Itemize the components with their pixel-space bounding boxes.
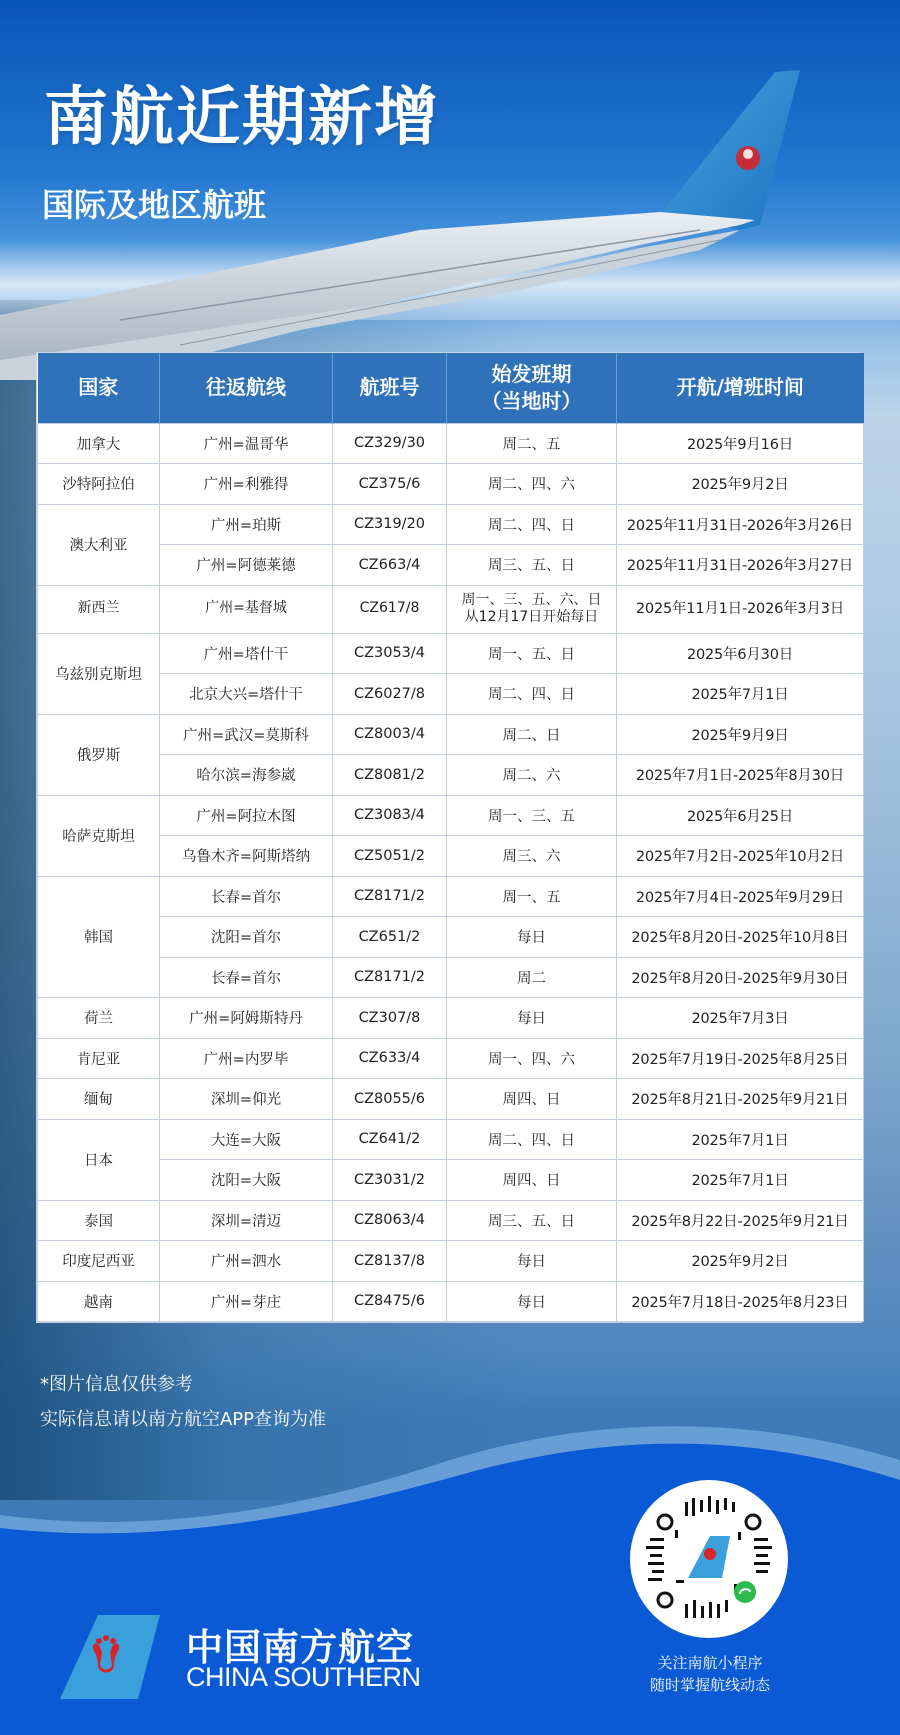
date-cell: 2025年7月1日 bbox=[617, 1160, 864, 1201]
flight-cell: CZ8171/2 bbox=[333, 957, 447, 998]
table-row: 广州=阿德莱德 CZ663/4 周三、五、日 2025年11月31日-2026年… bbox=[38, 545, 864, 586]
table-row: 俄罗斯 广州=武汉=莫斯科 CZ8003/4 周二、日 2025年9月9日 bbox=[38, 714, 864, 755]
route-cell: 深圳=清迈 bbox=[160, 1200, 333, 1241]
table-header-row: 国家 往返航线 航班号 始发班期 （当地时） 开航/增班时间 bbox=[38, 353, 864, 423]
route-cell: 乌鲁木齐=阿斯塔纳 bbox=[160, 836, 333, 877]
days-cell: 周一、五、日 bbox=[447, 633, 617, 674]
flight-cell: CZ5051/2 bbox=[333, 836, 447, 877]
flight-cell: CZ3083/4 bbox=[333, 795, 447, 836]
disclaimer-note: *图片信息仅供参考 bbox=[40, 1370, 193, 1396]
flight-cell: CZ651/2 bbox=[333, 917, 447, 958]
country-cell: 泰国 bbox=[38, 1200, 160, 1241]
days-cell: 周二、四、日 bbox=[447, 674, 617, 715]
flight-cell: CZ329/30 bbox=[333, 423, 447, 464]
country-cell: 缅甸 bbox=[38, 1079, 160, 1120]
days-cell: 周四、日 bbox=[447, 1160, 617, 1201]
brand-name-english: CHINA SOUTHERN bbox=[186, 1662, 421, 1693]
date-cell: 2025年7月1日 bbox=[617, 1119, 864, 1160]
flight-cell: CZ8063/4 bbox=[333, 1200, 447, 1241]
flight-cell: CZ307/8 bbox=[333, 998, 447, 1039]
days-cell: 周二 bbox=[447, 957, 617, 998]
date-cell: 2025年9月16日 bbox=[617, 423, 864, 464]
table-row: 越南 广州=芽庄 CZ8475/6 每日 2025年7月18日-2025年8月2… bbox=[38, 1281, 864, 1322]
flight-cell: CZ319/20 bbox=[333, 504, 447, 545]
days-cell: 周三、五、日 bbox=[447, 1200, 617, 1241]
days-cell: 周一、三、五、六、日 从12月17日开始每日 bbox=[447, 585, 617, 633]
country-cell: 加拿大 bbox=[38, 423, 160, 464]
days-cell: 周二、四、日 bbox=[447, 504, 617, 545]
date-cell: 2025年11月31日-2026年3月26日 bbox=[617, 504, 864, 545]
route-cell: 广州=塔什干 bbox=[160, 633, 333, 674]
route-cell: 沈阳=首尔 bbox=[160, 917, 333, 958]
route-cell: 广州=温哥华 bbox=[160, 423, 333, 464]
route-cell: 哈尔滨=海参崴 bbox=[160, 755, 333, 796]
date-cell: 2025年6月25日 bbox=[617, 795, 864, 836]
date-cell: 2025年9月9日 bbox=[617, 714, 864, 755]
table-row: 加拿大 广州=温哥华 CZ329/30 周二、五 2025年9月16日 bbox=[38, 423, 864, 464]
flight-cell: CZ663/4 bbox=[333, 545, 447, 586]
flight-cell: CZ8475/6 bbox=[333, 1281, 447, 1322]
table-row: 澳大利亚 广州=珀斯 CZ319/20 周二、四、日 2025年11月31日-2… bbox=[38, 504, 864, 545]
route-cell: 广州=内罗毕 bbox=[160, 1038, 333, 1079]
route-cell: 沈阳=大阪 bbox=[160, 1160, 333, 1201]
table-row: 泰国 深圳=清迈 CZ8063/4 周三、五、日 2025年8月22日-2025… bbox=[38, 1200, 864, 1241]
date-cell: 2025年7月18日-2025年8月23日 bbox=[617, 1281, 864, 1322]
schedule-header-line2: （当地时） bbox=[447, 388, 616, 415]
route-cell: 广州=利雅得 bbox=[160, 464, 333, 505]
schedule-header-line1: 始发班期 bbox=[447, 361, 616, 388]
route-cell: 北京大兴=塔什干 bbox=[160, 674, 333, 715]
days-cell: 周二、四、日 bbox=[447, 1119, 617, 1160]
flight-cell: CZ8003/4 bbox=[333, 714, 447, 755]
country-cell: 韩国 bbox=[38, 876, 160, 998]
country-cell: 沙特阿拉伯 bbox=[38, 464, 160, 505]
route-cell: 广州=泗水 bbox=[160, 1241, 333, 1282]
table-row: 肯尼亚 广州=内罗毕 CZ633/4 周一、四、六 2025年7月19日-202… bbox=[38, 1038, 864, 1079]
flight-cell: CZ3031/2 bbox=[333, 1160, 447, 1201]
date-cell: 2025年11月1日-2026年3月3日 bbox=[617, 585, 864, 633]
qr-caption-updates: 随时掌握航线动态 bbox=[600, 1674, 820, 1695]
date-cell: 2025年9月2日 bbox=[617, 464, 864, 505]
page-subtitle: 国际及地区航班 bbox=[42, 180, 266, 226]
route-cell: 大连=大阪 bbox=[160, 1119, 333, 1160]
qr-caption-follow: 关注南航小程序 bbox=[600, 1652, 820, 1673]
table-row: 缅甸 深圳=仰光 CZ8055/6 周四、日 2025年8月21日-2025年9… bbox=[38, 1079, 864, 1120]
table-row: 荷兰 广州=阿姆斯特丹 CZ307/8 每日 2025年7月3日 bbox=[38, 998, 864, 1039]
table-row: 沈阳=大阪 CZ3031/2 周四、日 2025年7月1日 bbox=[38, 1160, 864, 1201]
flight-cell: CZ6027/8 bbox=[333, 674, 447, 715]
column-header-country: 国家 bbox=[38, 353, 160, 423]
date-cell: 2025年8月20日-2025年10月8日 bbox=[617, 917, 864, 958]
date-cell: 2025年8月22日-2025年9月21日 bbox=[617, 1200, 864, 1241]
column-header-flight-number: 航班号 bbox=[333, 353, 447, 423]
table-row: 长春=首尔 CZ8171/2 周二 2025年8月20日-2025年9月30日 bbox=[38, 957, 864, 998]
days-cell: 每日 bbox=[447, 917, 617, 958]
table-row: 北京大兴=塔什干 CZ6027/8 周二、四、日 2025年7月1日 bbox=[38, 674, 864, 715]
date-cell: 2025年7月4日-2025年9月29日 bbox=[617, 876, 864, 917]
days-cell: 周四、日 bbox=[447, 1079, 617, 1120]
route-cell: 广州=基督城 bbox=[160, 585, 333, 633]
date-cell: 2025年8月20日-2025年9月30日 bbox=[617, 957, 864, 998]
days-cell: 周一、四、六 bbox=[447, 1038, 617, 1079]
flight-cell: CZ8055/6 bbox=[333, 1079, 447, 1120]
date-cell: 2025年11月31日-2026年3月27日 bbox=[617, 545, 864, 586]
route-cell: 广州=芽庄 bbox=[160, 1281, 333, 1322]
days-line2: 从12月17日开始每日 bbox=[449, 609, 614, 627]
flight-cell: CZ8171/2 bbox=[333, 876, 447, 917]
table-row: 新西兰 广州=基督城 CZ617/8 周一、三、五、六、日 从12月17日开始每… bbox=[38, 585, 864, 633]
date-cell: 2025年9月2日 bbox=[617, 1241, 864, 1282]
mini-program-qr-code[interactable] bbox=[630, 1480, 788, 1638]
country-cell: 哈萨克斯坦 bbox=[38, 795, 160, 876]
days-cell: 周三、五、日 bbox=[447, 545, 617, 586]
country-cell: 俄罗斯 bbox=[38, 714, 160, 795]
date-cell: 2025年8月21日-2025年9月21日 bbox=[617, 1079, 864, 1120]
days-cell: 周二、六 bbox=[447, 755, 617, 796]
route-cell: 广州=阿姆斯特丹 bbox=[160, 998, 333, 1039]
route-cell: 广州=阿拉木图 bbox=[160, 795, 333, 836]
country-cell: 乌兹别克斯坦 bbox=[38, 633, 160, 714]
country-cell: 澳大利亚 bbox=[38, 504, 160, 585]
route-cell: 广州=珀斯 bbox=[160, 504, 333, 545]
table-row: 沈阳=首尔 CZ651/2 每日 2025年8月20日-2025年10月8日 bbox=[38, 917, 864, 958]
column-header-schedule: 始发班期 （当地时） bbox=[447, 353, 617, 423]
route-cell: 长春=首尔 bbox=[160, 876, 333, 917]
table-row: 哈萨克斯坦 广州=阿拉木图 CZ3083/4 周一、三、五 2025年6月25日 bbox=[38, 795, 864, 836]
country-cell: 肯尼亚 bbox=[38, 1038, 160, 1079]
qr-code-pattern-icon bbox=[630, 1480, 788, 1638]
days-cell: 周二、四、六 bbox=[447, 464, 617, 505]
date-cell: 2025年7月19日-2025年8月25日 bbox=[617, 1038, 864, 1079]
table-row: 韩国 长春=首尔 CZ8171/2 周一、五 2025年7月4日-2025年9月… bbox=[38, 876, 864, 917]
page-title: 南航近期新增 bbox=[44, 66, 440, 158]
days-cell: 周二、日 bbox=[447, 714, 617, 755]
days-cell: 每日 bbox=[447, 998, 617, 1039]
country-cell: 荷兰 bbox=[38, 998, 160, 1039]
flight-cell: CZ633/4 bbox=[333, 1038, 447, 1079]
route-cell: 广州=阿德莱德 bbox=[160, 545, 333, 586]
country-cell: 印度尼西亚 bbox=[38, 1241, 160, 1282]
days-cell: 周一、三、五 bbox=[447, 795, 617, 836]
table-row: 日本 大连=大阪 CZ641/2 周二、四、日 2025年7月1日 bbox=[38, 1119, 864, 1160]
flight-cell: CZ3053/4 bbox=[333, 633, 447, 674]
days-cell: 周二、五 bbox=[447, 423, 617, 464]
days-line1: 周一、三、五、六、日 bbox=[449, 592, 614, 610]
table-row: 哈尔滨=海参崴 CZ8081/2 周二、六 2025年7月1日-2025年8月3… bbox=[38, 755, 864, 796]
table-row: 沙特阿拉伯 广州=利雅得 CZ375/6 周二、四、六 2025年9月2日 bbox=[38, 464, 864, 505]
date-cell: 2025年7月3日 bbox=[617, 998, 864, 1039]
days-cell: 每日 bbox=[447, 1281, 617, 1322]
days-cell: 周三、六 bbox=[447, 836, 617, 877]
country-cell: 新西兰 bbox=[38, 585, 160, 633]
flights-table: 国家 往返航线 航班号 始发班期 （当地时） 开航/增班时间 加拿大 广州=温哥… bbox=[36, 352, 862, 1323]
date-cell: 2025年7月1日-2025年8月30日 bbox=[617, 755, 864, 796]
flight-cell: CZ617/8 bbox=[333, 585, 447, 633]
flight-cell: CZ8137/8 bbox=[333, 1241, 447, 1282]
date-cell: 2025年7月1日 bbox=[617, 674, 864, 715]
column-header-route: 往返航线 bbox=[160, 353, 333, 423]
table-row: 乌鲁木齐=阿斯塔纳 CZ5051/2 周三、六 2025年7月2日-2025年1… bbox=[38, 836, 864, 877]
flight-cell: CZ641/2 bbox=[333, 1119, 447, 1160]
flight-cell: CZ8081/2 bbox=[333, 755, 447, 796]
route-cell: 广州=武汉=莫斯科 bbox=[160, 714, 333, 755]
days-cell: 每日 bbox=[447, 1241, 617, 1282]
route-cell: 长春=首尔 bbox=[160, 957, 333, 998]
table-row: 乌兹别克斯坦 广州=塔什干 CZ3053/4 周一、五、日 2025年6月30日 bbox=[38, 633, 864, 674]
date-cell: 2025年7月2日-2025年10月2日 bbox=[617, 836, 864, 877]
country-cell: 越南 bbox=[38, 1281, 160, 1322]
column-header-start-date: 开航/增班时间 bbox=[617, 353, 864, 423]
china-southern-logo-icon bbox=[60, 1615, 160, 1699]
route-cell: 深圳=仰光 bbox=[160, 1079, 333, 1120]
days-cell: 周一、五 bbox=[447, 876, 617, 917]
country-cell: 日本 bbox=[38, 1119, 160, 1200]
table-row: 印度尼西亚 广州=泗水 CZ8137/8 每日 2025年9月2日 bbox=[38, 1241, 864, 1282]
date-cell: 2025年6月30日 bbox=[617, 633, 864, 674]
flight-cell: CZ375/6 bbox=[333, 464, 447, 505]
